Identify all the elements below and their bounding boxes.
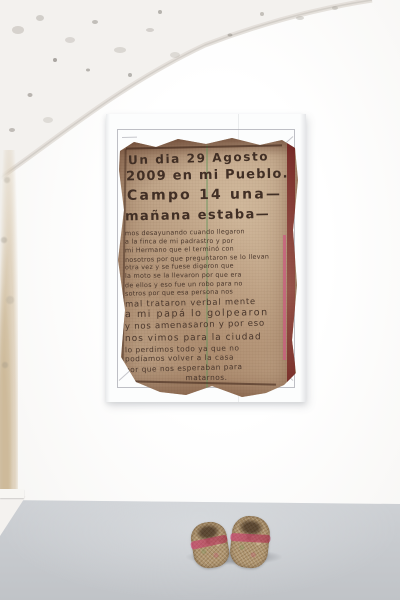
text-line: 2009 en mi Pueblo.: [126, 167, 288, 185]
artwork-panel: Un dia 29 Agosto2009 en mi Pueblo.Campo …: [106, 114, 306, 402]
text-line: Un dia 29 Agosto: [128, 150, 288, 167]
gallery-photo: Un dia 29 Agosto2009 en mi Pueblo.Campo …: [0, 0, 400, 600]
frame-miter-line: [122, 137, 137, 138]
panel-right-shadow: [300, 114, 306, 402]
baseboard: [0, 489, 24, 498]
left-wall-edge: [0, 150, 18, 502]
right-sandal: [228, 514, 271, 570]
frame-miter-line: [119, 370, 131, 381]
text-line: Campo 14 una—: [127, 186, 288, 204]
sandals: [190, 513, 280, 571]
text-line: mañana estaba—: [125, 207, 288, 225]
left-sandal: [189, 519, 232, 570]
text-line: matarnos.: [125, 372, 288, 383]
floor-corner-left: [0, 496, 26, 536]
right-sandal-pink-band: [230, 533, 270, 543]
handwritten-text: Un dia 29 Agosto2009 en mi Pueblo.Campo …: [125, 150, 288, 389]
burlap-canvas: Un dia 29 Agosto2009 en mi Pueblo.Campo …: [114, 135, 298, 397]
panel-left-shadow: [106, 114, 110, 402]
